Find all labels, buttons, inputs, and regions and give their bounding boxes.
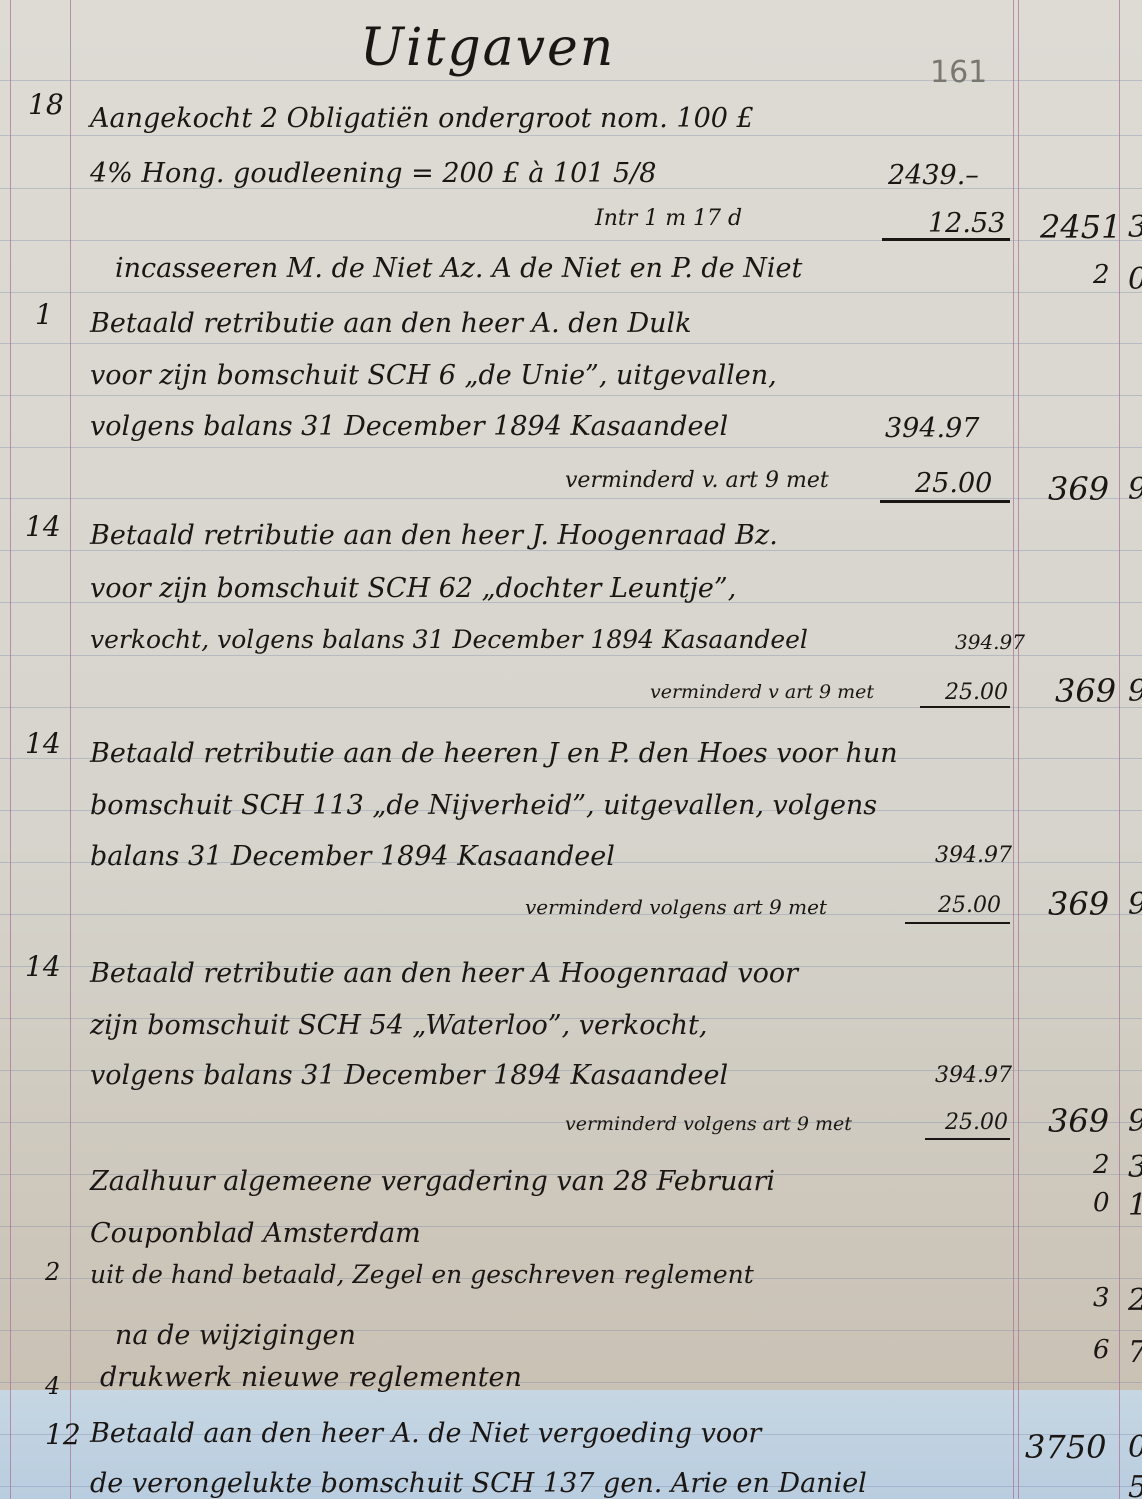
entry-total: 369 <box>1048 885 1109 923</box>
entry-day: 1 <box>35 298 53 331</box>
entry-line: na de wijzigingen <box>115 1322 356 1349</box>
entry-total: 3 <box>1093 1283 1110 1313</box>
entry-total: 6 <box>1093 1335 1110 1365</box>
ruled-line <box>0 447 1142 448</box>
sub-amount: 394.97 <box>885 413 979 444</box>
entry-line: Betaald retributie aan den heer J. Hooge… <box>90 522 778 549</box>
entry-line: Zaalhuur algemeene vergadering van 28 Fe… <box>90 1168 775 1195</box>
entry-day: 14 <box>25 727 61 760</box>
entry-line: Couponblad Amsterdam <box>90 1220 421 1247</box>
sub-amount: 12.53 <box>928 208 1005 239</box>
entry-total-cents: 2 <box>1128 1283 1142 1318</box>
entry-total: 2451 <box>1040 208 1121 246</box>
entry-line: volgens balans 31 December 1894 Kasaande… <box>90 1062 728 1089</box>
entry-line: incasseeren M. de Niet Az. A de Niet en … <box>115 255 802 282</box>
sub-label: verminderd volgens art 9 met <box>525 897 827 917</box>
entry-line: verkocht, volgens balans 31 December 189… <box>90 627 808 652</box>
margin-rule <box>70 0 71 1499</box>
sum-underline <box>905 922 1010 924</box>
entry-line: Betaald retributie aan de heeren J en P.… <box>90 740 898 767</box>
entry-day: 2 <box>45 1258 60 1286</box>
sub-label: verminderd volgens art 9 met <box>565 1115 852 1134</box>
entry-line: Betaald retributie aan den heer A Hoogen… <box>90 960 798 987</box>
sub-label: verminderd v art 9 met <box>650 683 874 702</box>
sub-amount: 25.00 <box>945 1110 1008 1135</box>
page-title: Uitgaven <box>360 18 615 78</box>
folio-number: 161 <box>930 55 987 90</box>
sum-underline <box>880 500 1010 503</box>
entry-line: Betaald retributie aan den heer A. den D… <box>90 310 692 337</box>
sub-amount: 394.97 <box>935 1063 1012 1088</box>
sub-label: verminderd v. art 9 met <box>565 470 829 492</box>
entry-total: 2 <box>1093 1150 1110 1180</box>
ruled-line <box>0 395 1142 396</box>
entry-day: 12 <box>45 1418 81 1451</box>
margin-rule <box>10 0 11 1499</box>
entry-line: Betaald aan den heer A. de Niet vergoedi… <box>90 1420 761 1447</box>
sub-amount: 2439.– <box>888 160 979 191</box>
ruled-line <box>0 655 1142 656</box>
sum-underline <box>925 1138 1010 1140</box>
entry-total-cents: 7 <box>1128 1335 1142 1370</box>
sub-label: Intr 1 m 17 d <box>595 208 742 230</box>
sub-amount: 25.00 <box>915 468 992 499</box>
entry-total-cents: 3 <box>1128 1150 1142 1185</box>
ruled-line <box>0 135 1142 136</box>
entry-total-cents: 0 <box>1128 1430 1142 1465</box>
sub-amount: 394.97 <box>955 630 1025 654</box>
entry-total: 369 <box>1048 470 1109 508</box>
sum-underline <box>882 238 1010 241</box>
entry-day: 14 <box>25 510 61 543</box>
entry-day: 18 <box>28 88 64 121</box>
entry-line: de verongelukte bomschuit SCH 137 gen. A… <box>90 1470 867 1497</box>
entry-total: 2 <box>1093 260 1110 290</box>
trailing-cents: 5 <box>1128 1470 1142 1499</box>
entry-total: 369 <box>1048 1102 1109 1140</box>
entry-line: bomschuit SCH 113 „de Nijverheid”, uitge… <box>90 792 877 819</box>
entry-total: 3750 <box>1025 1428 1106 1466</box>
entry-line: volgens balans 31 December 1894 Kasaande… <box>90 413 728 440</box>
entry-line: 4% Hong. goudleening = 200 £ à 101 5/8 <box>90 160 656 187</box>
entry-line: uit de hand betaald, Zegel en geschreven… <box>90 1262 754 1287</box>
sub-amount: 25.00 <box>945 680 1008 705</box>
entry-line: Aangekocht 2 Obligatiën ondergroot nom. … <box>90 105 754 132</box>
entry-day: 14 <box>25 950 61 983</box>
entry-total: 369 <box>1055 672 1116 710</box>
entry-total-cents: 3 <box>1128 210 1142 245</box>
entry-line: zijn bomschuit SCH 54 „Waterloo”, verkoc… <box>90 1012 707 1039</box>
sub-amount: 25.00 <box>938 893 1001 918</box>
ruled-line <box>0 343 1142 344</box>
entry-total-cents: 9 <box>1128 887 1142 922</box>
entry-total-cents: 9 <box>1128 674 1142 709</box>
sum-underline <box>920 706 1010 708</box>
entry-total-cents: 1 <box>1128 1188 1142 1223</box>
entry-total-cents: 9 <box>1128 472 1142 507</box>
entry-line: drukwerk nieuwe reglementen <box>100 1364 522 1391</box>
entry-day: 4 <box>45 1372 60 1400</box>
entry-total-cents: 0 <box>1128 262 1142 297</box>
entry-line: balans 31 December 1894 Kasaandeel <box>90 843 615 870</box>
entry-total-cents: 9 <box>1128 1104 1142 1139</box>
entry-total: 0 <box>1093 1188 1110 1218</box>
ruled-line <box>0 292 1142 293</box>
entry-line: voor zijn bomschuit SCH 62 „dochter Leun… <box>90 575 736 602</box>
sub-amount: 394.97 <box>935 843 1012 868</box>
amount-column-rule <box>1013 0 1019 1499</box>
entry-line: voor zijn bomschuit SCH 6 „de Unie”, uit… <box>90 362 777 389</box>
